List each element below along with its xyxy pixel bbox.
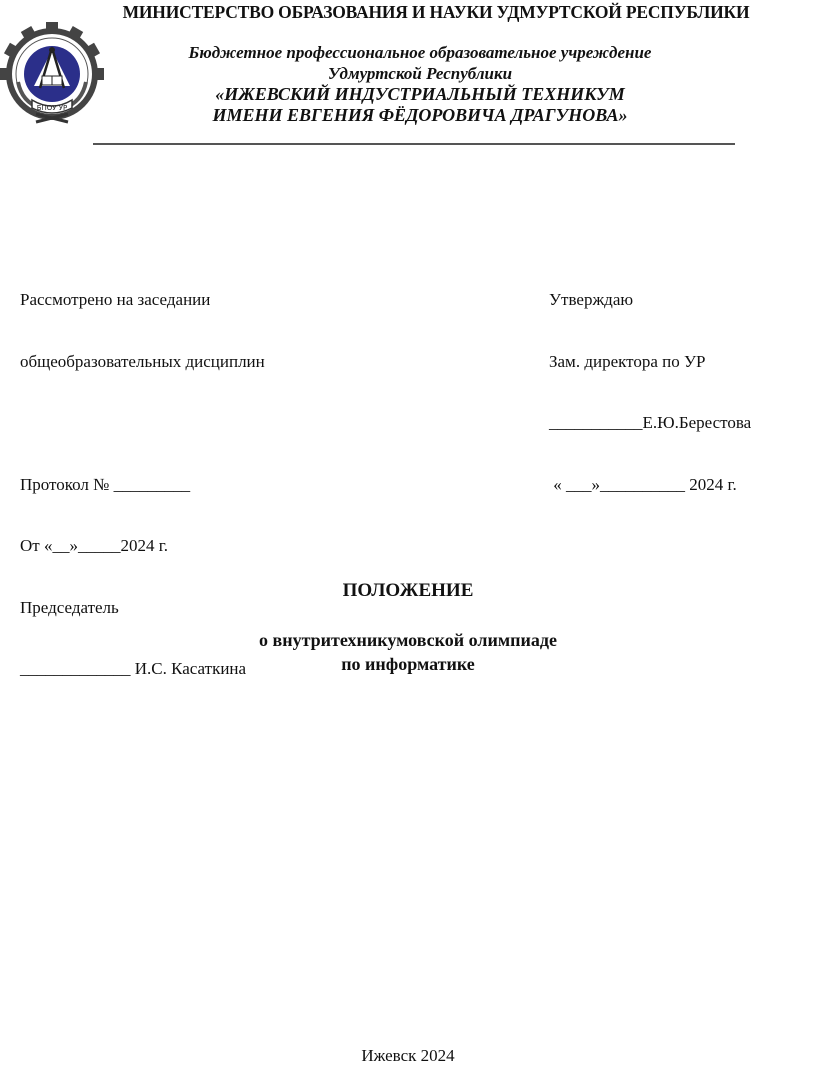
document-subtitle-line-1: о внутритехникумовской олимпиаде: [0, 630, 816, 651]
protocol-date-line: От «__»_____2024 г.: [20, 536, 265, 557]
reviewed-line: Рассмотрено на заседании: [20, 290, 265, 311]
header-divider: [93, 143, 735, 145]
approval-block: Утверждаю Зам. директора по УР _________…: [549, 249, 751, 516]
approver-position: Зам. директора по УР: [549, 352, 751, 373]
institution-line-1: Бюджетное профессиональное образовательн…: [130, 42, 710, 63]
footer-city-year: Ижевск 2024: [0, 1046, 816, 1066]
institution-line-4: ИМЕНИ ЕВГЕНИЯ ФЁДОРОВИЧА ДРАГУНОВА»: [130, 105, 710, 126]
document-title: ПОЛОЖЕНИЕ: [0, 580, 816, 602]
approve-label: Утверждаю: [549, 290, 751, 311]
reviewed-line: [20, 413, 265, 434]
approver-signature-line: ___________Е.Ю.Берестова: [549, 413, 751, 434]
reviewed-line: общеобразовательных дисциплин: [20, 352, 265, 373]
svg-text:БПОУ УР: БПОУ УР: [37, 104, 68, 112]
college-emblem-icon: БПОУ УР: [0, 22, 104, 126]
institution-line-2: Удмуртской Республики: [130, 63, 710, 84]
approval-date-line: « ___»__________ 2024 г.: [549, 475, 751, 496]
protocol-number-line: Протокол № _________: [20, 475, 265, 496]
ministry-heading: МИНИСТЕРСТВО ОБРАЗОВАНИЯ И НАУКИ УДМУРТС…: [86, 2, 786, 23]
document-subtitle-line-2: по информатике: [0, 654, 816, 675]
institution-line-3: «ИЖЕВСКИЙ ИНДУСТРИАЛЬНЫЙ ТЕХНИКУМ: [130, 84, 710, 105]
